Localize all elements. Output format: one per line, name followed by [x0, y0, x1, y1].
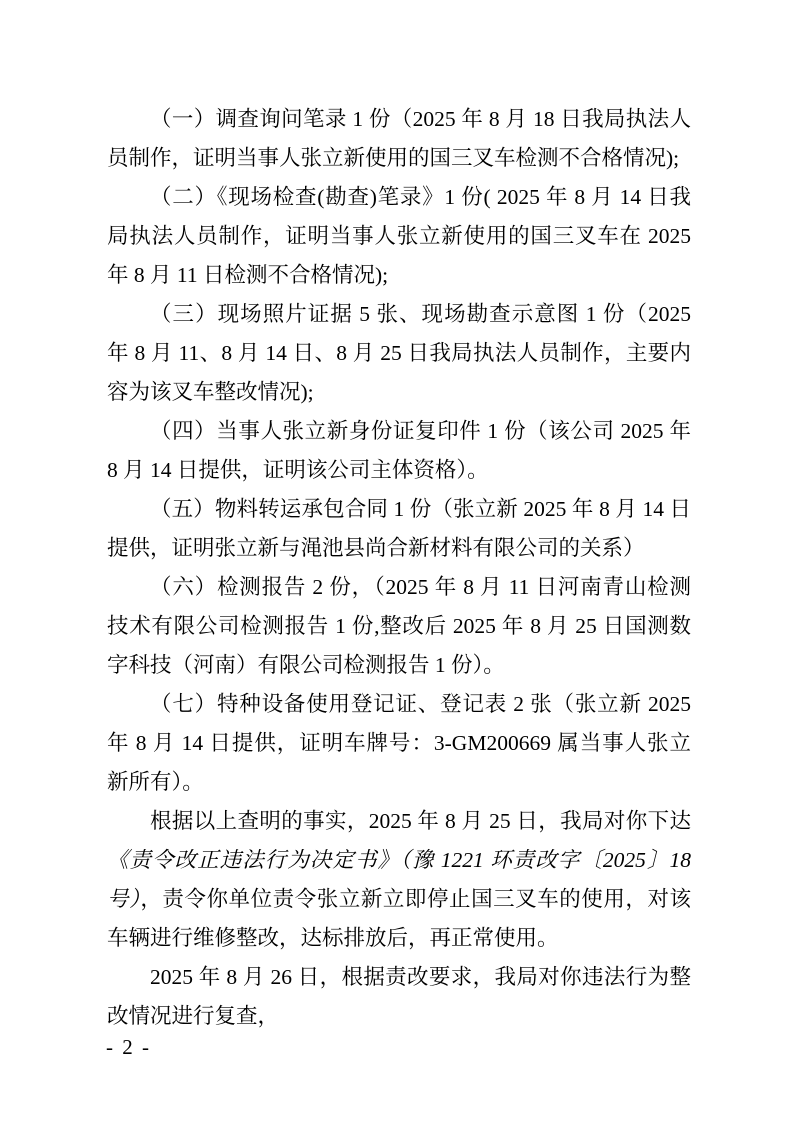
decision-pre-text: 根据以上查明的事实，2025 年 8 月 25 日，我局对你下达: [150, 809, 691, 833]
document-body: （一）调查询问笔录 1 份（2025 年 8 月 18 日我局执法人员制作，证明…: [107, 100, 691, 1036]
recheck-paragraph: 2025 年 8 月 26 日，根据责改要求，我局对你违法行为整改情况进行复查，: [107, 958, 691, 1036]
decision-paragraph: 根据以上查明的事实，2025 年 8 月 25 日，我局对你下达《责令改正违法行…: [107, 802, 691, 958]
evidence-item-6: （六）检测报告 2 份，（2025 年 8 月 11 日河南青山检测技术有限公司…: [107, 568, 691, 685]
evidence-item-4: （四）当事人张立新身份证复印件 1 份（该公司 2025 年 8 月 14 日提…: [107, 412, 691, 490]
evidence-item-7: （七）特种设备使用登记证、登记表 2 张（张立新 2025 年 8 月 14 日…: [107, 685, 691, 802]
document-page: （一）调查询问笔录 1 份（2025 年 8 月 18 日我局执法人员制作，证明…: [0, 0, 793, 1122]
page-number: - 2 -: [106, 1032, 151, 1062]
evidence-item-1: （一）调查询问笔录 1 份（2025 年 8 月 18 日我局执法人员制作，证明…: [107, 100, 691, 178]
evidence-item-2: （二）《现场检查(勘查)笔录》1 份( 2025 年 8 月 14 日我局执法人…: [107, 178, 691, 295]
decision-post-text: ，责令你单位责令张立新立即停止国三叉车的使用，对该车辆进行维修整改，达标排放后，…: [107, 887, 691, 950]
evidence-item-5: （五）物料转运承包合同 1 份（张立新 2025 年 8 月 14 日提供，证明…: [107, 490, 691, 568]
evidence-item-3: （三）现场照片证据 5 张、现场勘查示意图 1 份（2025 年 8 月 11、…: [107, 295, 691, 412]
